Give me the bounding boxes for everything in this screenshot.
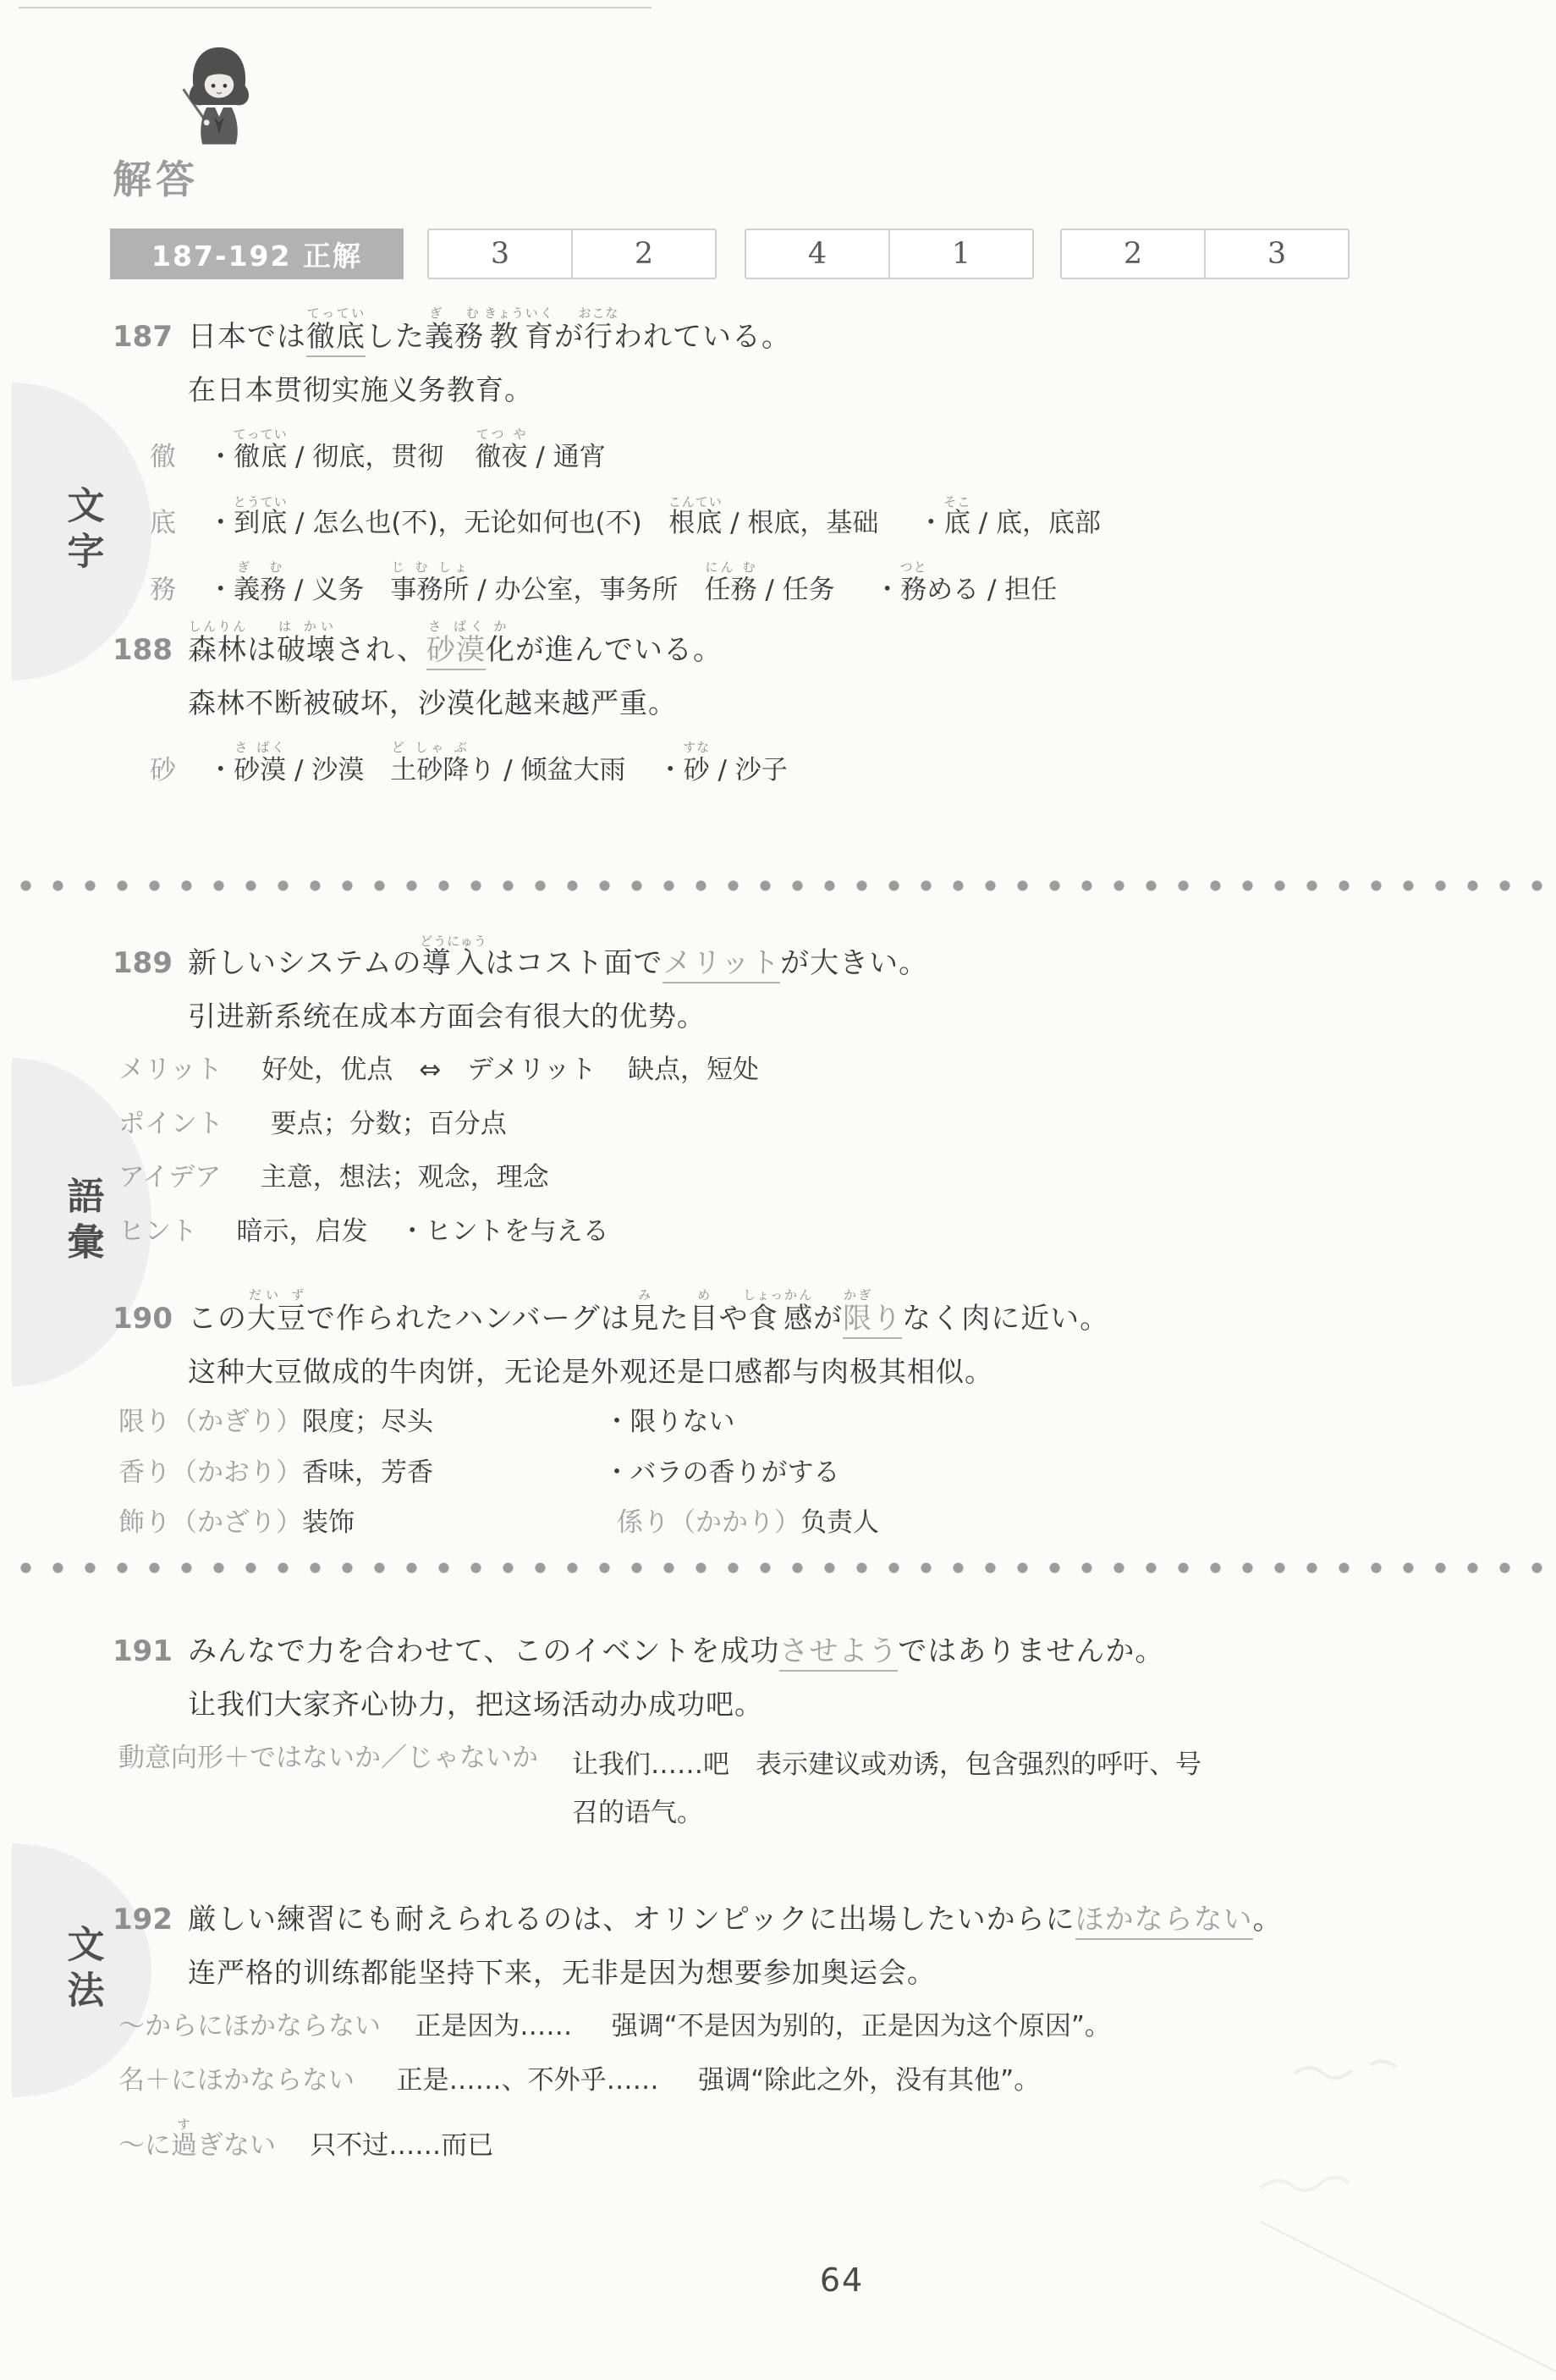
vocab-notes: メリット好处，优点⇔デメリット缺点，短处 ポイント要点；分数；百分点 アイデア主… — [118, 1053, 928, 1250]
item-191: 191 みんなで力を合わせて、このイベントを成功させようではありませんか。 让我… — [113, 1612, 1213, 1837]
answer-cell-187: 3 — [429, 230, 571, 278]
vocab-note-row: 砂・砂漠さ ばく / 沙漠土砂降ど しゃ ぶり / 倾盆大雨・砂すな / 沙子 — [150, 740, 788, 789]
side-tab-goi-label: 語彙 — [55, 1176, 109, 1268]
item-number: 187 — [113, 298, 188, 354]
item-188: 188 森林しんりんは破壊は かいされ、砂漠さ ばく化かが進んでいる。 森林不断… — [113, 611, 788, 789]
grammar-meaning: 让我们……吧表示建议或劝诱，包含强烈的呼吁、号召的语气。 — [572, 1741, 1213, 1838]
vocab-note-row: アイデア主意，想法；观念，理念 — [118, 1160, 928, 1196]
vocab-note-row: 香り（かおり）香味，芳香・バラの香りがする — [118, 1456, 1109, 1491]
vocab-note-row: 底・到底とうてい / 怎么也(不)，无论如何也(不)根底こんてい / 根底，基础… — [150, 494, 1101, 542]
teacher-girl-illustration — [172, 41, 267, 174]
textbook-page: { "colors":{"paper":"#fbfbfa","text":"#3… — [0, 0, 1556, 2380]
dotted-divider-1 — [20, 880, 1543, 891]
page-number: 64 — [787, 2262, 897, 2299]
answer-key-label: 187-192 正解 — [110, 229, 404, 279]
answer-cell-190: 1 — [888, 230, 1032, 278]
answer-cell-192: 3 — [1204, 230, 1348, 278]
side-tab-bunpo-label: 文法 — [55, 1925, 109, 2016]
answer-group-1: 3 2 — [427, 229, 717, 279]
item-192: 192 厳しい練習にも耐えられるのは、オリンピックに出場したいからにほかならない… — [113, 1881, 1283, 2164]
item-187: 187 日本では徹底てっていした義務ぎ む教きょう育いくが行おこなわれている。 … — [113, 298, 1101, 609]
vocab-notes: 限り（かぎり）限度；尽头・限りない 香り（かおり）香味，芳香・バラの香りがする … — [118, 1405, 1109, 1542]
translation-zh: 森林不断被破坏，沙漠化越来越严重。 — [188, 681, 788, 721]
translation-zh: 在日本贯彻实施义务教育。 — [188, 368, 1101, 408]
grammar-note-row: 名＋にほかならない正是……、不外乎……强调“除此之外，没有其他”。 — [118, 2063, 1283, 2099]
sentence-jp: 日本では徹底てっていした義務ぎ む教きょう育いくが行おこなわれている。 — [188, 298, 1101, 355]
vocab-note-row: ヒント暗示，启发・ヒントを与える — [118, 1215, 928, 1250]
grammar-notes: ～からにほかならない正是因为……强调“不是因为别的，正是因为这个原因”。 名＋に… — [118, 2009, 1283, 2165]
page-top-rule — [19, 7, 652, 8]
answer-group-3: 2 3 — [1060, 229, 1350, 279]
sentence-jp: この大豆だい ずで作られたハンバーグは見みた目めや食しょっ感かんが限かぎりなく肉… — [188, 1280, 1109, 1336]
vocab-note-row: 飾り（かざり）装饰係り（かかり）负责人 — [118, 1506, 1109, 1541]
side-tab-moji-label: 文字 — [55, 486, 109, 577]
answer-cell-191: 2 — [1062, 230, 1204, 278]
answer-cell-188: 2 — [571, 230, 715, 278]
item-number: 192 — [113, 1881, 188, 1937]
item-number: 190 — [113, 1280, 188, 1336]
item-190: 190 この大豆だい ずで作られたハンバーグは見みた目めや食しょっ感かんが限かぎ… — [113, 1280, 1109, 1541]
vocab-note-row: 徹・徹底てってい / 彻底，贯彻徹夜てつ や / 通宵 — [150, 427, 1101, 476]
translation-zh: 这种大豆做成的牛肉饼，无论是外观还是口感都与肉极其相似。 — [188, 1350, 1109, 1390]
sentence-jp: みんなで力を合わせて、このイベントを成功させようではありませんか。 — [188, 1612, 1213, 1669]
vocab-note-row: ポイント要点；分数；百分点 — [118, 1107, 928, 1143]
translation-zh: 连严格的训练都能坚持下来，无非是因为想要参加奥运会。 — [188, 1951, 1283, 1991]
item-189: 189 新しいシステムの導入どうにゅうはコスト面でメリットが大きい。 引进新系统… — [113, 924, 928, 1250]
translation-zh: 引进新系统在成本方面会有很大的优势。 — [188, 994, 928, 1034]
item-number: 191 — [113, 1612, 188, 1668]
vocab-note-row: メリット好处，优点⇔デメリット缺点，短处 — [118, 1053, 928, 1088]
sentence-jp: 厳しい練習にも耐えられるのは、オリンピックに出場したいからにほかならない。 — [188, 1881, 1283, 1937]
dotted-divider-2 — [20, 1562, 1543, 1573]
grammar-notes: 動意向形＋ではないか／じゃないか 让我们……吧表示建议或劝诱，包含强烈的呼吁、号… — [118, 1741, 1213, 1838]
answer-group-2: 4 1 — [745, 229, 1034, 279]
translation-zh: 让我们大家齐心协力，把这场活动办成功吧。 — [188, 1683, 1213, 1722]
item-number: 189 — [113, 924, 188, 980]
item-number: 188 — [113, 611, 188, 667]
sentence-jp: 森林しんりんは破壊は かいされ、砂漠さ ばく化かが進んでいる。 — [188, 611, 788, 668]
grammar-note-row: ～からにほかならない正是因为……强调“不是因为别的，正是因为这个原因”。 — [118, 2009, 1283, 2045]
grammar-note-row: ～に過すぎない只不过……而已 — [118, 2117, 1283, 2164]
answer-cell-189: 4 — [746, 230, 888, 278]
grammar-form: 動意向形＋ではないか／じゃないか — [118, 1741, 538, 1777]
sentence-jp: 新しいシステムの導入どうにゅうはコスト面でメリットが大きい。 — [188, 924, 928, 981]
vocab-note-row: 務・義務ぎ む / 义务事務所じ む しょ / 办公室，事务所任務にん む / … — [150, 559, 1101, 609]
vocab-notes: 砂・砂漠さ ばく / 沙漠土砂降ど しゃ ぶり / 倾盆大雨・砂すな / 沙子 — [150, 740, 788, 789]
vocab-notes: 徹・徹底てってい / 彻底，贯彻徹夜てつ や / 通宵 底・到底とうてい / 怎… — [150, 427, 1101, 609]
vocab-note-row: 限り（かぎり）限度；尽头・限りない — [118, 1405, 1109, 1441]
grammar-note-row: 動意向形＋ではないか／じゃないか 让我们……吧表示建议或劝诱，包含强烈的呼吁、号… — [118, 1741, 1213, 1838]
